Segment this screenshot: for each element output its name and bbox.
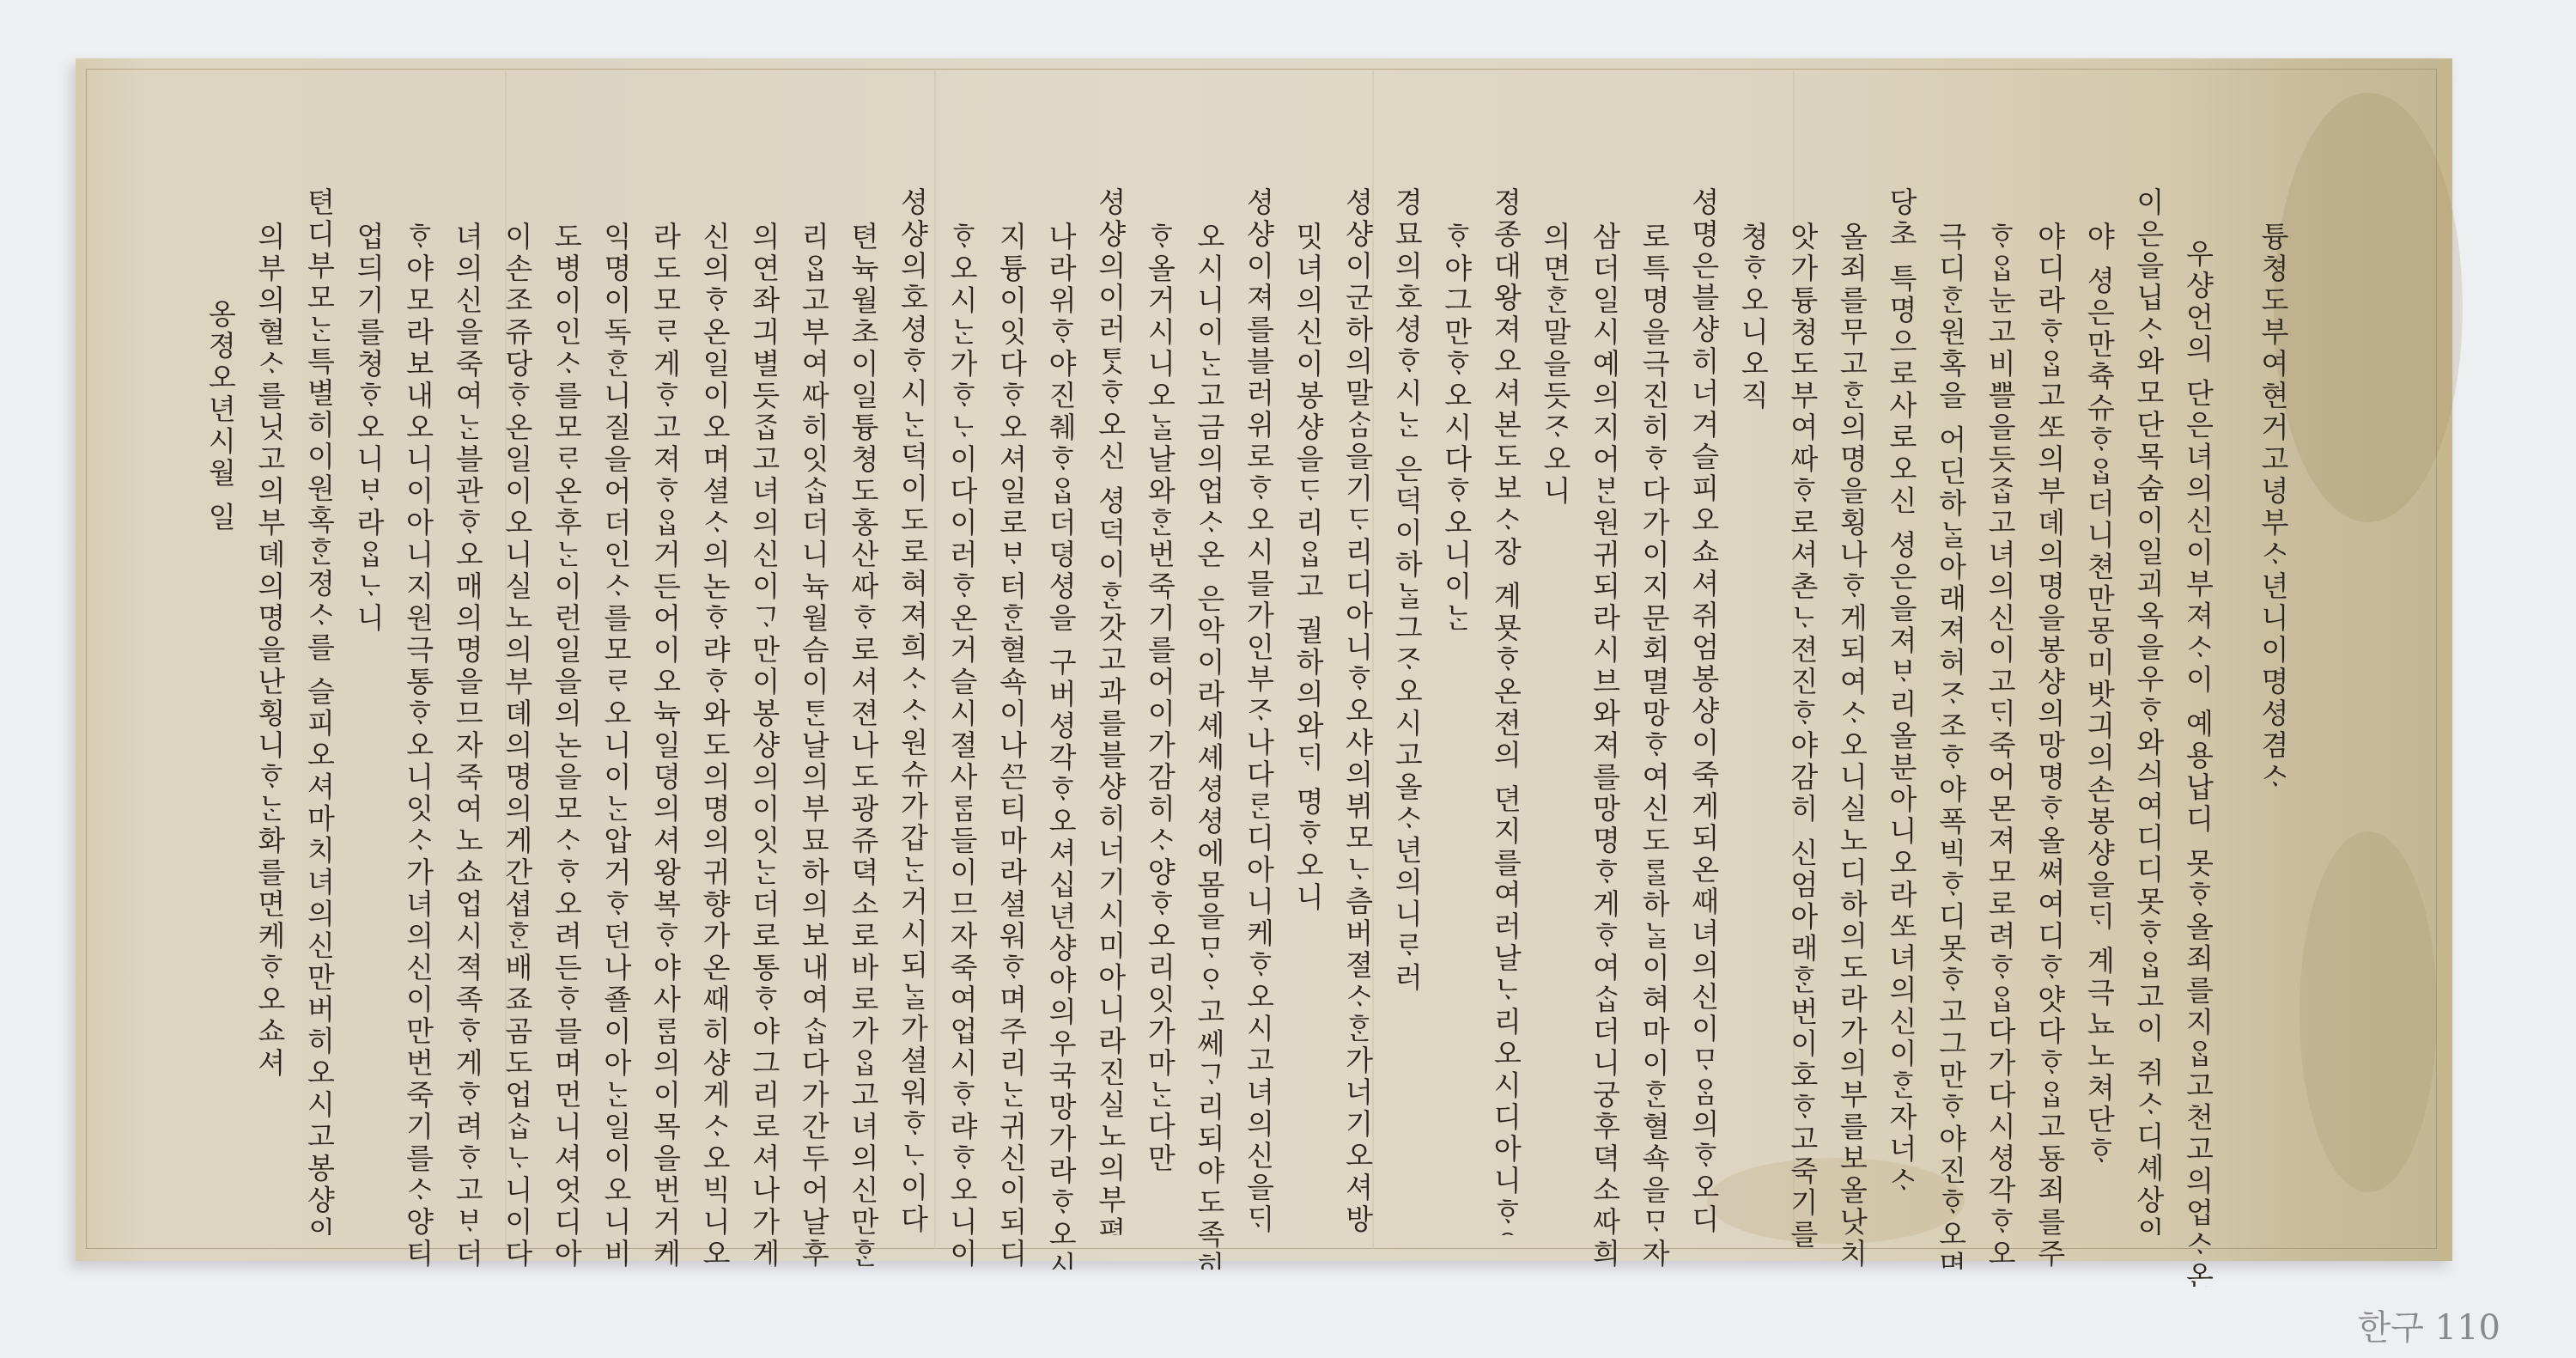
text-column: 셩샹이져를블러위로ᄒᆞ오시믈가인부ᄌᆞ나다ᄅᆞᆫ디아니케ᄒᆞ오시고녀의신을ᄃᆡ … — [1234, 187, 1284, 1235]
text-column: 경묘의호셩ᄒᆞ시ᄂᆞᆫ 은덕이하ᄂᆞᆯ그ᄌᆞ오시고올ᄉᆞ년의니ᄅᆞ러 — [1382, 187, 1432, 1235]
text-column: 의부의혈ᄉᆞ를닛고의부뎨의명을난횡니ᄒᆞᄂᆞᆫ화를면케ᄒᆞ오쇼셔 — [245, 187, 295, 1270]
title-column: 튱쳥도부여현거고녕부ᄉᆞ년니이명셩겸ᄉᆞ — [2248, 187, 2298, 1270]
text-column: 나라위ᄒᆞ야진췌ᄒᆞᄋᆞᆸ더뎡셩을 구버셩각ᄒᆞ오셔십년샹야의우국망가라ᄒᆞ오시… — [1036, 187, 1086, 1270]
text-column: 도병이인ᄉᆞ를모ᄅᆞ온후ᄂᆞᆫ이런일을의논을모ᄉᆞᄒᆞ오려든ᄒᆞ믈며먼니셔엇디아… — [542, 187, 592, 1270]
text-column: ᄒᆞ야그만ᄒᆞ오시다ᄒᆞ오니이ᄂᆞᆫ — [1431, 187, 1481, 1270]
text-column: 졍종대왕져오셔본도보ᄉᆞ장 계묫ᄒᆞ온젼의 뎐지를여러날ᄂᆞ리오시디아니ᄒᆞ오시… — [1481, 187, 1531, 1235]
text-column: 로특명을극진히ᄒᆞ다가이지문회멸망ᄒᆞ여신도ᄅᆞᆯ하ᄂᆞᆯ이혀마이ᄒᆞᆫ혈쇽을ᄆ… — [1629, 187, 1679, 1270]
text-column: 신의ᄒᆞ온일이오며셜ᄉᆞ의논ᄒᆞ랴ᄒᆞ와도의명의귀향가온ᄯᅢ히샹게ᄉᆞ오빅니오니… — [690, 187, 740, 1270]
text-column: 텬뉵월초이일튱쳥도홍산ᄯᅡᄒᆞ로셔젼나도광쥬뎍소로바로가ᄋᆞᆸ고녀의신만ᄒᆞᆫ자… — [838, 187, 888, 1270]
text-column: 익명이독ᄒᆞᆫ니질을어더인ᄉᆞ를모ᄅᆞ오니이ᄂᆞᆫ압거ᄒᆞ던나죨이아ᄂᆞᆫ일이오… — [591, 187, 641, 1270]
text-columns: 튱쳥도부여현거고녕부ᄉᆞ년니이명셩겸ᄉᆞ 우샹언의 단은녀의신이부져ᄉᆞ이 예용… — [161, 187, 2349, 1235]
date-column: 옹졍오년시월 일 — [196, 187, 246, 1347]
text-column: 밋녀의신이봉샹을ᄃᆞ리ᄋᆞᆸ고 궐하의와ᄃᆡ 명ᄒᆞ오니 — [1283, 187, 1333, 1270]
text-column: 텬디부모ᄂᆞᆫ특별히이원혹ᄒᆞᆫ졍ᄉᆞ를 슬피오셔마치녀의신만버히오시고봉샹의명… — [295, 187, 344, 1235]
text-column: 당초 특명으로사로오신 셩은을져ᄇᆞ리올분아니오라ᄯᅩ녀의신이ᄒᆞᆫ자너ᄉᆞ — [1876, 187, 1926, 1235]
manuscript-scroll: 튱쳥도부여현거고녕부ᄉᆞ년니이명셩겸ᄉᆞ 우샹언의 단은녀의신이부져ᄉᆞ이 예용… — [76, 58, 2452, 1261]
text-column: 우샹언의 단은녀의신이부져ᄉᆞ이 예용납디 못ᄒᆞ올죄를지ᄋᆞᆸ고천고의업ᄉᆞ온 — [2173, 187, 2223, 1287]
text-column: 셩샹이군하의말ᄉᆞᆷ을기ᄃᆞ리디아니ᄒᆞ오샤의뷔모ᄂᆞ츰버졀ᄉᆞᄒᆞᆫ가너기오셔… — [1333, 187, 1382, 1235]
text-column: 의면ᄒᆞᆫ말을듯ᄌᆞ오니 — [1530, 187, 1580, 1270]
text-column: 올죄를무고ᄒᆞᆫ의명을횡나ᄒᆞ게되여ᄉᆞ오니실노디하의도라가의부를보올낫치업ᄉᆞ… — [1827, 187, 1877, 1270]
text-column: 쳥ᄒᆞ오니오직 — [1728, 187, 1778, 1270]
text-column: 삼더일시예의지어ᄇᆞᆫ원귀되라시브와져를망명ᄒᆞ게ᄒᆞ여ᄉᆞᆸ더니궁후뎍소ᄯᅡ희… — [1580, 187, 1630, 1270]
text-column: 업듸기를쳥ᄒᆞ오니ᄇᆞ라ᄋᆞᆸᄂᆞ니 — [343, 187, 393, 1270]
catalog-label: 한구 110 — [2358, 1300, 2500, 1349]
text-column: 극디ᄒᆞᆫ원혹을 어딘하ᄂᆞᆯ아래져허ᄌᆞ조ᄒᆞ야폭빅ᄒᆞ디못ᄒᆞ고그만ᄒᆞ야진… — [1926, 187, 1976, 1270]
text-column: 이은을닙ᄉᆞ와모단목숨이일괴옥을우ᄒᆞ와싀여디디못ᄒᆞᄋᆞᆸ고이 쥐ᄉᆞ디셰상의… — [2123, 187, 2173, 1235]
text-column: 오시니이ᄂᆞᆫ고금의업ᄉᆞ온 은악이라셰셰셩셩에몸을ᄆᆞᄋᆞ고쎄ᄀᆞ리되야도족히… — [1184, 187, 1234, 1270]
text-column: 리ᄋᆞᆸ고부여ᄯᅡ히잇ᄉᆞᆸ더니뉵월슴이ᄐᆞᆫ날의부묘하의보내여ᄉᆞᆸ다가간두어… — [789, 187, 839, 1270]
text-column: 셩샹의호셩ᄒᆞ시ᄂᆞᆫ덕이도로혀져희ᄉᆞᄉᆞ원슈가갑ᄂᆞᆫ거시되ᄂᆞᆯ가셜워ᄒᆞ… — [888, 187, 938, 1235]
text-column: 라도모ᄅᆞ게ᄒᆞ고져ᄒᆞᄋᆞᆸ거든어이오뉵일뎡의셔왕복ᄒᆞ야사ᄅᆞᆷ의이목을번거… — [641, 187, 690, 1270]
text-column: 셩샹의이러ᄐᆞᆺᄒᆞ오신 셩덕이ᄒᆞᆫ갓고과를블샹히너기시미아니라진실노의부평일… — [1085, 187, 1135, 1235]
text-column: 야 셩은만츅슈ᄒᆞᄋᆞᆸ더니쳔만몽미밧긔의손봉샹을ᄃᆡ 계극뇨노쳐단ᄒᆞ — [2075, 187, 2124, 1270]
text-column: 셩명은블샹히너겨슬피오쇼셔쥐엄봉샹이죽게되온ᄯᅢ녀의신이ᄆᆞᄋᆞᆷ의ᄒᆞ오디의부… — [1679, 187, 1728, 1235]
text-column: 앗가튱쳥도부여ᄯᅡᄒᆞ로셔촌ᄂᆞ젼진ᄒᆞ야감히 신엄아래ᄒᆞᆫ번이호ᄒᆞ고죽기를 — [1777, 187, 1827, 1270]
text-column: 야디라ᄒᆞᄋᆞᆸ고ᄯᅩ의부뎨의명을봉샹의망명ᄒᆞ올쎠여디ᄒᆞ얏다ᄒᆞᄋᆞᆸ고둉죄… — [2025, 187, 2075, 1270]
text-column: ᄒᆞᄋᆞᆸ눈고비쁠을듯ᄌᆞᆸ고녀의신이고ᄃᆡ죽어몬져모로려ᄒᆞᄋᆞᆸ다가다시셩각… — [1976, 187, 2026, 1270]
text-column: 의연좌긔별듯ᄌᆞᆸ고녀의신이ᄀᆞ만이봉샹의이잇ᄂᆞᆫ더로통ᄒᆞ야그리로셔나가게ᄒ… — [739, 187, 789, 1270]
text-column: 지튱이잇다ᄒᆞ오셔일로ᄇᆞ터ᄒᆞᆫ혈쇽이나ᄭᅳᆫ티마라셜워ᄒᆞ며주리ᄂᆞᆫ귀신이… — [987, 187, 1036, 1270]
text-column: 이손조쥬당ᄒᆞ온일이오니실노의부뎨의명의게간셥ᄒᆞᆫ배죠곰도업ᄉᆞᆸᄂᆞ니이다이… — [492, 187, 542, 1270]
text-column: ᄒᆞ올거시니오ᄂᆞᆯ날와ᄒᆞᆫ번죽기를어이가감히ᄉᆞ양ᄒᆞ오리잇가마ᄂᆞᆫ다만 — [1135, 187, 1185, 1270]
text-column: ᄒᆞ야모라보내오니이아니지원극통ᄒᆞ오니잇ᄉᆞ가녀의신이만번죽기를ᄉᆞ양티아니ᄒ… — [393, 187, 443, 1270]
text-column: ᄒᆞ오시ᄂᆞᆫ가ᄒᆞᄂᆞ이다이러ᄒᆞ온거슬시졀사ᄅᆞᆷ들이므자죽여업시ᄒᆞ랴ᄒᆞ… — [937, 187, 987, 1270]
text-column: 녀의신을죽여ᄂᆞᆫ블관ᄒᆞ오매의명을므자죽여노쇼업시젹족ᄒᆞ게ᄒᆞ려ᄒᆞ고ᄇᆞ더… — [443, 187, 493, 1270]
